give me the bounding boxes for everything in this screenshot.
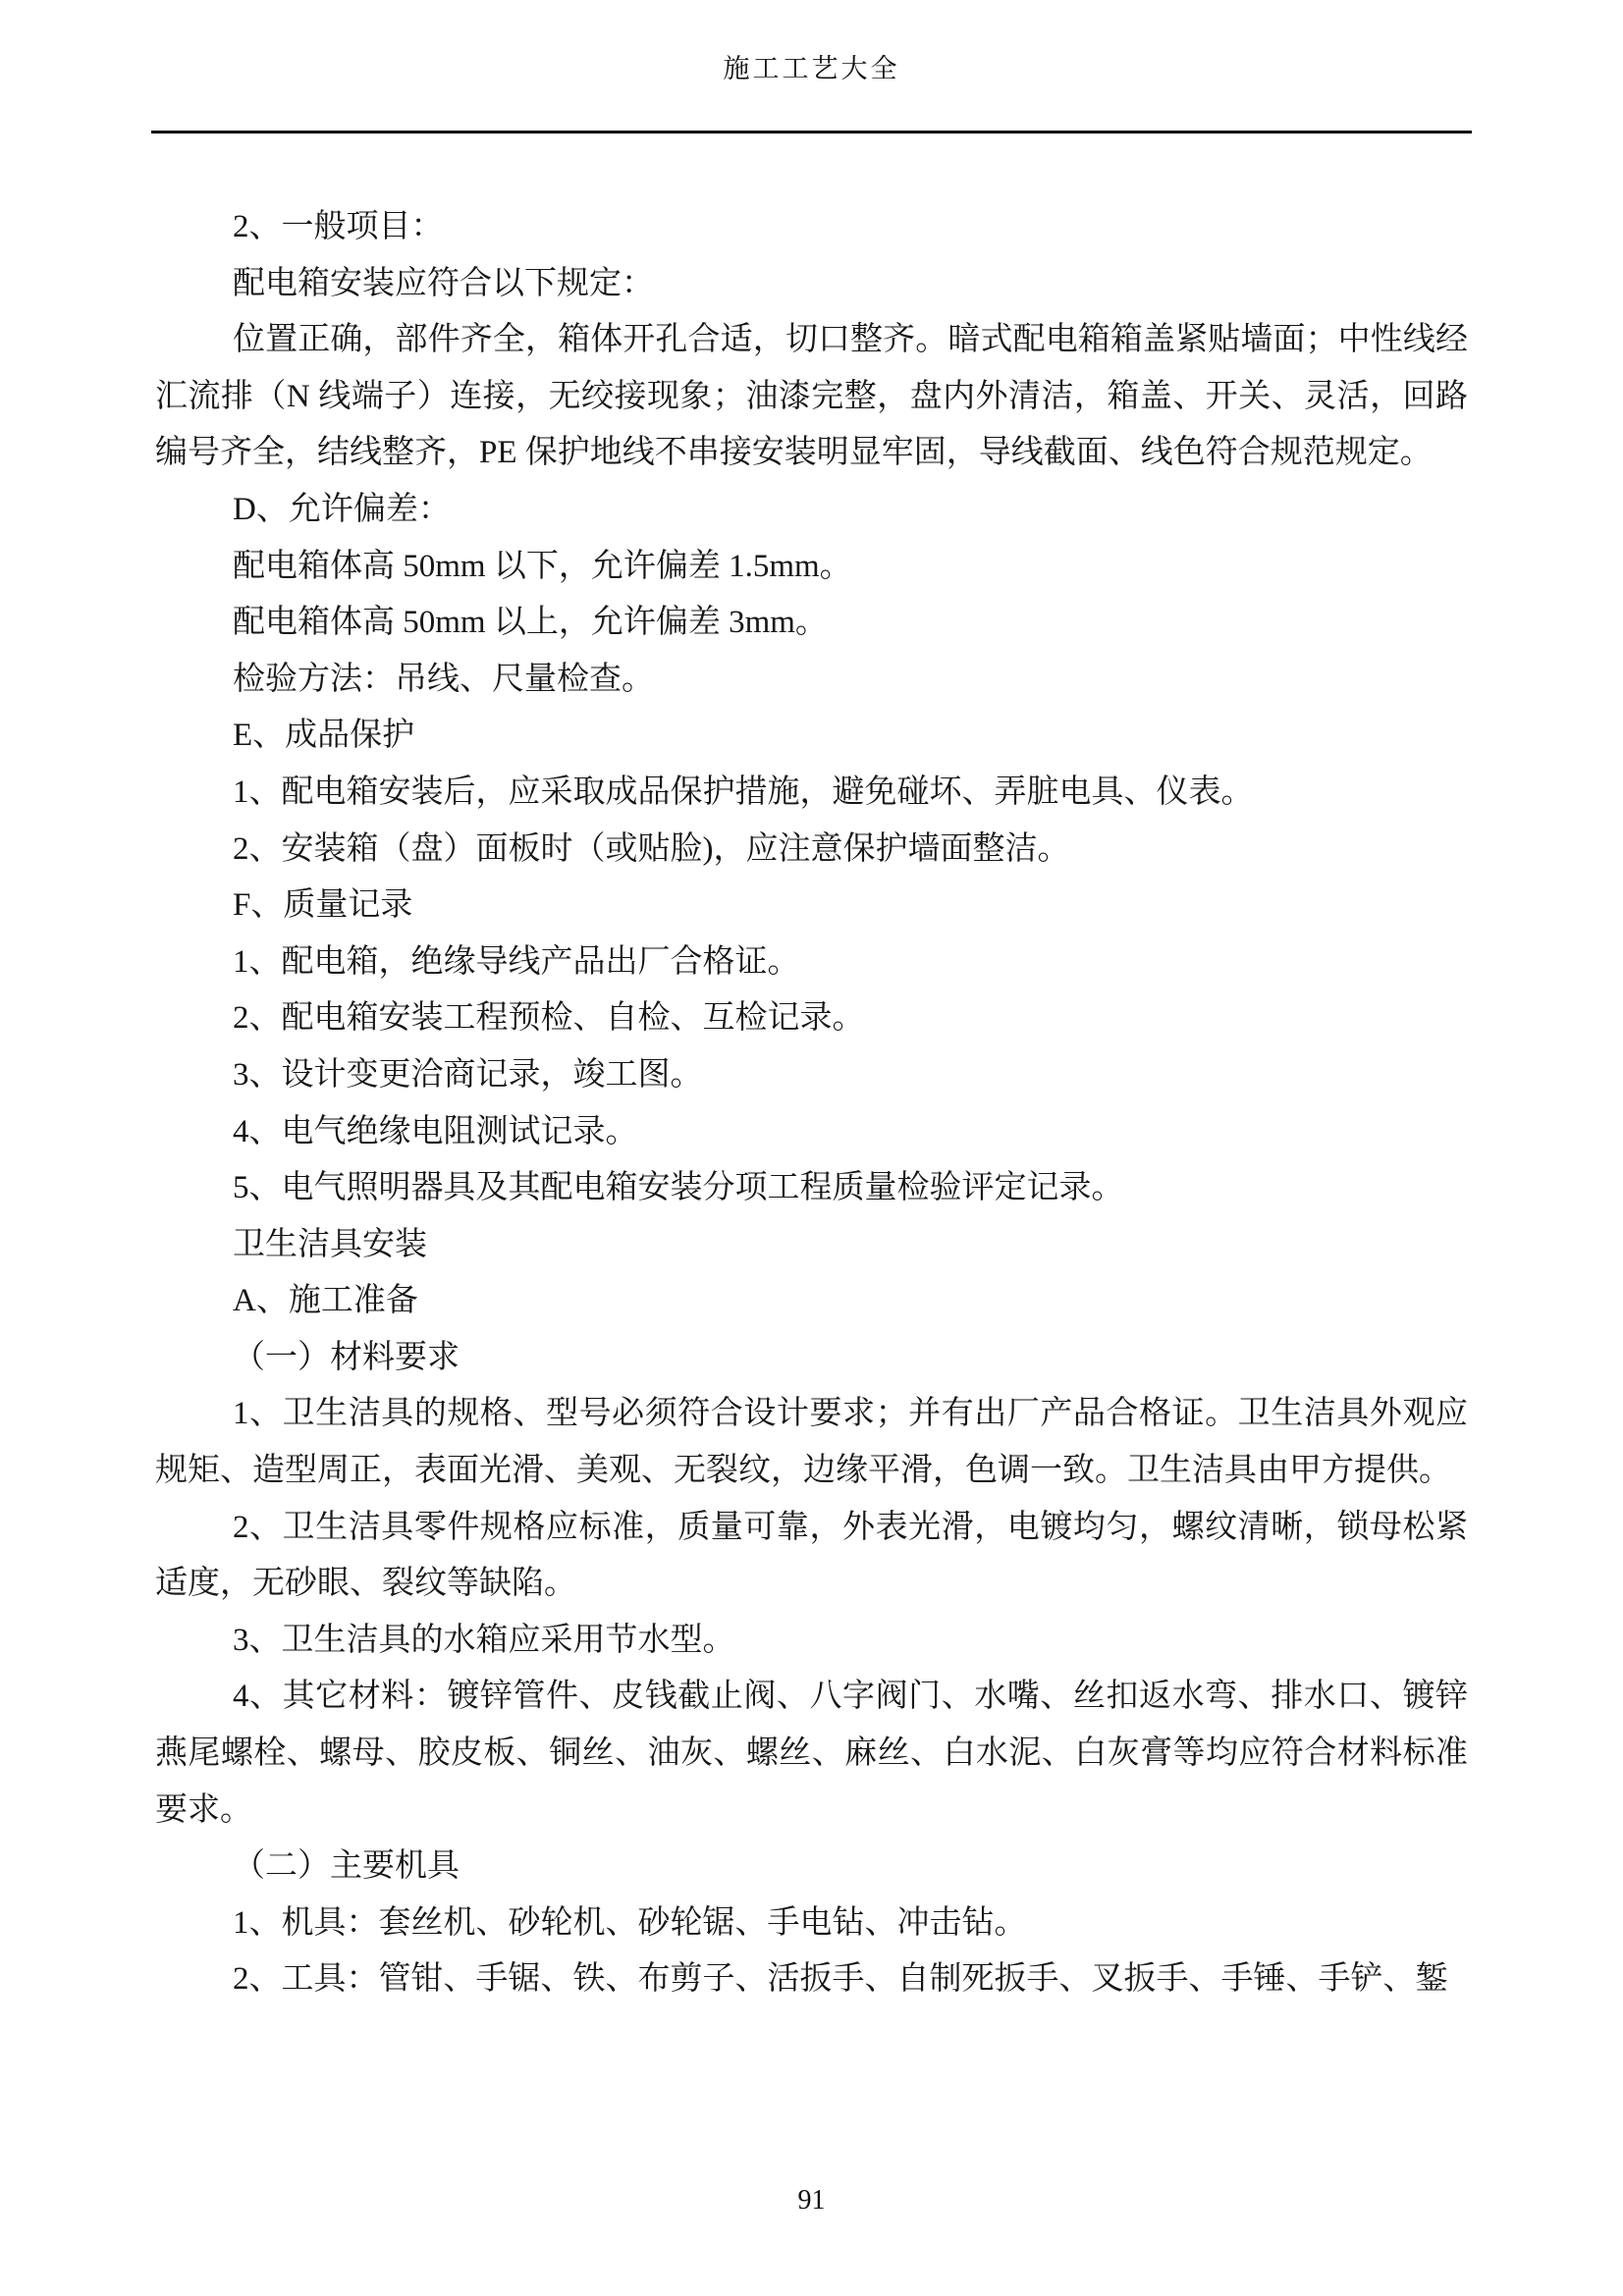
paragraph: 5、电气照明器具及其配电箱安装分项工程质量检验评定记录。 (155, 1160, 1468, 1217)
paragraph: 配电箱体高 50mm 以上，允许偏差 3mm。 (155, 595, 1468, 652)
document-body: 2、一般项目：配电箱安装应符合以下规定：位置正确，部件齐全，箱体开孔合适，切口整… (155, 199, 1468, 2008)
paragraph: 卫生洁具安装 (155, 1217, 1468, 1274)
paragraph: 2、卫生洁具零件规格应标准，质量可靠，外表光滑，电镀均匀，螺纹清晰，锁母松紧适度… (155, 1500, 1468, 1613)
paragraph: 位置正确，部件齐全，箱体开孔合适，切口整齐。暗式配电箱箱盖紧贴墙面；中性线经汇流… (155, 312, 1468, 482)
paragraph: 配电箱安装应符合以下规定： (155, 256, 1468, 313)
paragraph: E、成品保护 (155, 708, 1468, 765)
paragraph: 1、机具：套丝机、砂轮机、砂轮锯、手电钻、冲击钻。 (155, 1896, 1468, 1952)
paragraph: 2、工具：管钳、手锯、铁、布剪子、活扳手、自制死扳手、叉扳手、手锤、手铲、錾 (155, 1951, 1468, 2008)
page-number: 91 (0, 2185, 1623, 2216)
paragraph: 检验方法：吊线、尺量检查。 (155, 652, 1468, 709)
paragraph: （二）主要机具 (155, 1839, 1468, 1896)
header-rule (151, 131, 1472, 133)
paragraph: 2、一般项目： (155, 199, 1468, 256)
paragraph: 3、设计变更洽商记录，竣工图。 (155, 1047, 1468, 1104)
paragraph: 4、电气绝缘电阻测试记录。 (155, 1104, 1468, 1161)
paragraph: D、允许偏差： (155, 482, 1468, 539)
paragraph: 2、安装箱（盘）面板时（或贴脸)，应注意保护墙面整洁。 (155, 822, 1468, 879)
paragraph: 1、配电箱，绝缘导线产品出厂合格证。 (155, 934, 1468, 991)
page-header-title: 施工工艺大全 (0, 47, 1623, 85)
paragraph: 4、其它材料：镀锌管件、皮钱截止阀、八字阀门、水嘴、丝扣返水弯、排水口、镀锌燕尾… (155, 1669, 1468, 1839)
document-page: 施工工艺大全 2、一般项目：配电箱安装应符合以下规定：位置正确，部件齐全，箱体开… (0, 0, 1623, 2296)
paragraph: 1、配电箱安装后，应采取成品保护措施，避免碰坏、弄脏电具、仪表。 (155, 765, 1468, 822)
paragraph: 3、卫生洁具的水箱应采用节水型。 (155, 1613, 1468, 1670)
paragraph: 1、卫生洁具的规格、型号必须符合设计要求；并有出厂产品合格证。卫生洁具外观应规矩… (155, 1386, 1468, 1499)
paragraph: （一）材料要求 (155, 1330, 1468, 1387)
paragraph: A、施工准备 (155, 1273, 1468, 1330)
paragraph: 配电箱体高 50mm 以下，允许偏差 1.5mm。 (155, 539, 1468, 596)
paragraph: F、质量记录 (155, 878, 1468, 934)
paragraph: 2、配电箱安装工程预检、自检、互检记录。 (155, 990, 1468, 1047)
